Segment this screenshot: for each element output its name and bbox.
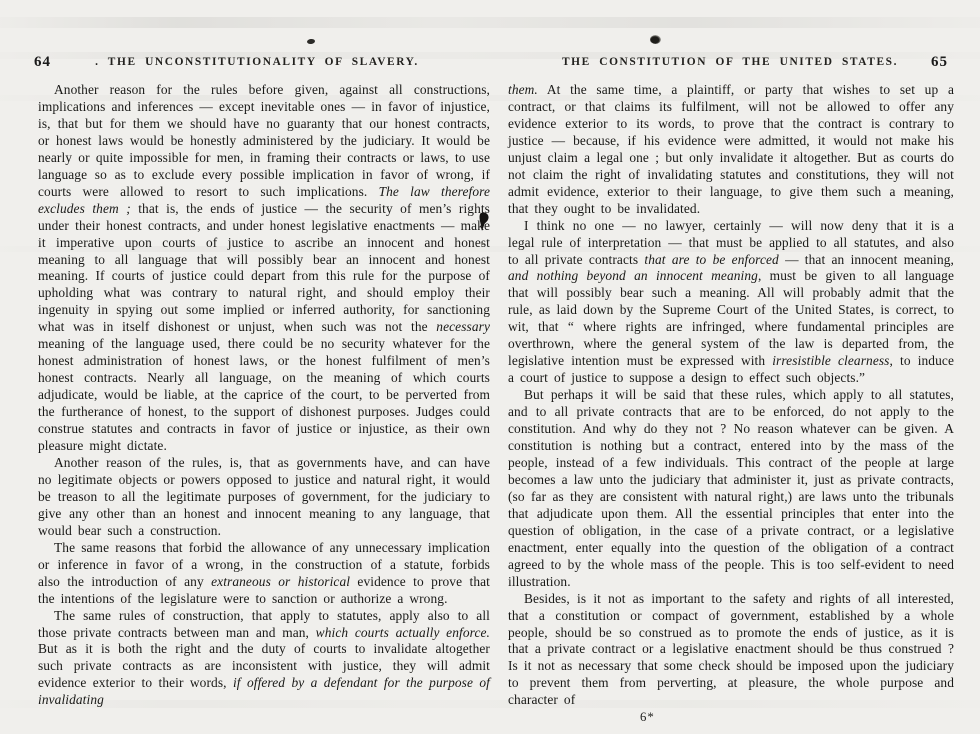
right-page-number: 65 (931, 54, 948, 71)
left-page: 64 . THE UNCONSTITUTIONALITY OF SLAVERY.… (22, 0, 492, 734)
body-text: — that an innocent meaning, (779, 252, 954, 267)
body-text: that is, the ends of justice — the secur… (38, 201, 490, 335)
ink-blot-icon (477, 212, 491, 232)
paragraph: The same reasons that forbid the allowan… (38, 540, 490, 608)
paragraph: Besides, is it not as important to the s… (508, 591, 954, 710)
italic-text: that are to be enforced (644, 252, 778, 267)
italic-text: irresistible clearness (772, 353, 889, 368)
ink-speck-icon (481, 243, 484, 245)
italic-text: necessary (436, 319, 490, 334)
italic-text: them. (508, 82, 538, 97)
paragraph: The same rules of construction, that app… (38, 608, 490, 710)
body-text: At the same time, a plaintiff, or party … (508, 82, 954, 216)
book-scan-spread: { "colors": { "page_background": "#f0efe… (0, 0, 980, 734)
signature-mark: 6* (640, 710, 954, 725)
paragraph: But perhaps it will be said that these r… (508, 387, 954, 590)
body-text: meaning of the language used, there coul… (38, 336, 490, 453)
left-running-head: 64 . THE UNCONSTITUTIONALITY OF SLAVERY. (22, 54, 492, 74)
left-running-title: . THE UNCONSTITUTIONALITY OF SLAVERY. (22, 56, 492, 68)
paragraph: Another reason for the rules before give… (38, 82, 490, 455)
ink-speck-icon (650, 35, 661, 44)
italic-text: and nothing beyond an innocent meaning (508, 268, 758, 283)
paragraph: Another reason of the rules, is, that as… (38, 455, 490, 540)
right-page: THE CONSTITUTION OF THE UNITED STATES. 6… (498, 0, 962, 734)
right-page-text: them. At the same time, a plaintiff, or … (508, 82, 954, 725)
paragraph: them. At the same time, a plaintiff, or … (508, 82, 954, 218)
body-text: Another reason for the rules before give… (38, 82, 490, 199)
italic-text: which courts actually enforce. (316, 625, 490, 640)
body-text: Another reason of the rules, is, that as… (38, 455, 490, 538)
paragraph: I think no one — no lawyer, certainly — … (508, 218, 954, 388)
right-running-title: THE CONSTITUTION OF THE UNITED STATES. (498, 56, 962, 68)
left-page-text: Another reason for the rules before give… (38, 82, 490, 709)
right-running-head: THE CONSTITUTION OF THE UNITED STATES. 6… (498, 54, 962, 74)
body-text: Besides, is it not as important to the s… (508, 591, 954, 708)
body-text: But perhaps it will be said that these r… (508, 387, 954, 588)
italic-text: extraneous or historical (211, 574, 350, 589)
